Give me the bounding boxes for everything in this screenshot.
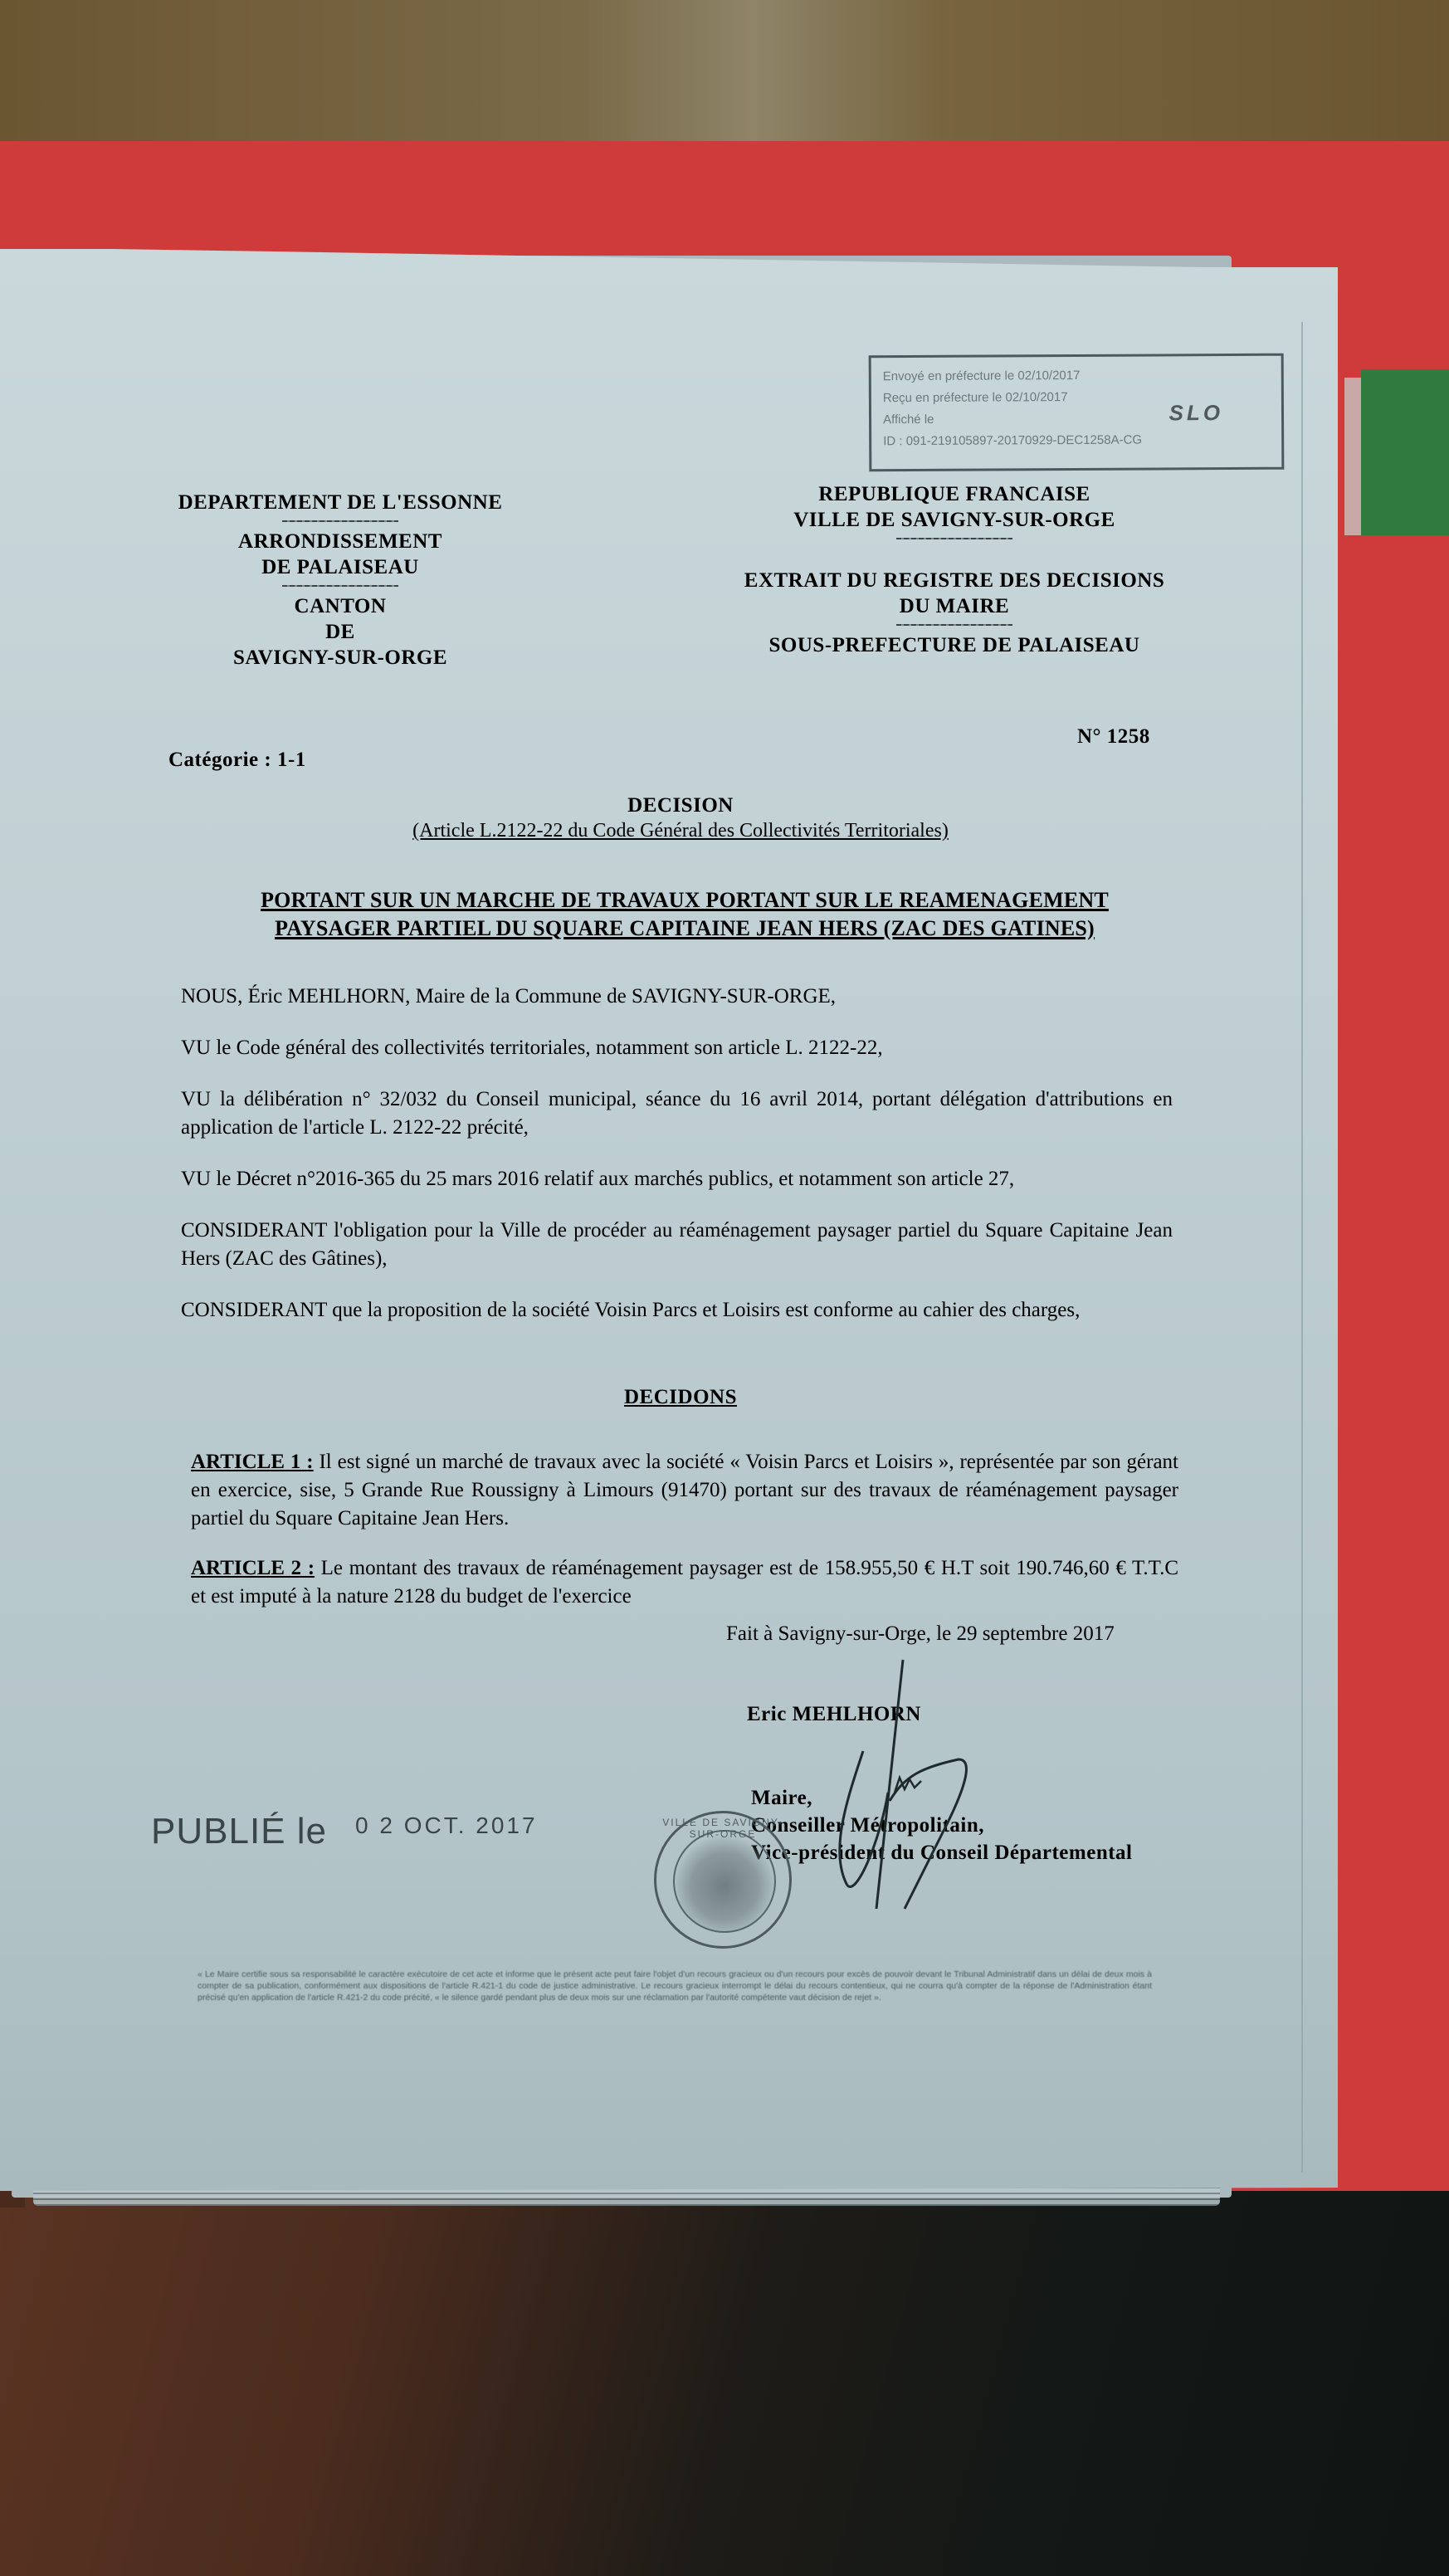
background-green-tab [1361,369,1449,535]
articles: ARTICLE 1 : Il est signé un marché de tr… [191,1448,1178,1611]
register-line2: DU MAIRE [697,593,1212,619]
legal-footnote: « Le Maire certifie sous sa responsabili… [198,1969,1152,2003]
preamble-vu-deliberation: VU la délibération n° 32/032 du Conseil … [181,1086,1173,1142]
publication-stamp: PUBLIÉ le 0 2 OCT. 2017 [151,1811,538,1852]
decision-subject: PORTANT SUR UN MARCHE DE TRAVAUX PORTANT… [187,886,1183,943]
department-name: DEPARTEMENT DE L'ESSONNE [124,490,556,515]
preamble-vu-cgct: VU le Code général des collectivités ter… [181,1034,1173,1062]
sub-prefecture-label: SOUS-PREFECTURE DE PALAISEAU [697,632,1212,658]
canton-line3: SAVIGNY-SUR-ORGE [124,645,556,671]
preamble-vu-decret: VU le Décret n°2016-365 du 25 mars 2016 … [181,1165,1173,1193]
arrondissement-line1: ARRONDISSEMENT [124,529,556,554]
page-edge-line [1301,322,1303,2173]
stamp-slo-mark: SLO [1168,402,1223,423]
article-1-label: ARTICLE 1 : [191,1451,314,1473]
prefecture-transmission-stamp: Envoyé en préfecture le 02/10/2017 Reçu … [869,354,1285,472]
divider [282,585,398,587]
subject-line1: PORTANT SUR UN MARCHE DE TRAVAUX PORTANT… [187,886,1183,915]
stamp-sent-line: Envoyé en préfecture le 02/10/2017 [883,364,1281,388]
stamp-id-line: ID : 091-219105897-20170929-DEC1258A-CG [883,429,1281,453]
article-2: ARTICLE 2 : Le montant des travaux de ré… [191,1554,1178,1611]
legal-basis: (Article L.2122-22 du Code Général des C… [183,818,1178,843]
divider [896,624,1012,626]
article-2-label: ARTICLE 2 : [191,1557,315,1579]
category-label: Catégorie : 1-1 [168,747,306,773]
preamble-considerant-proposition: CONSIDERANT que la proposition de la soc… [181,1296,1173,1325]
preamble-nous: NOUS, Éric MEHLHORN, Maire de la Commune… [181,983,1173,1011]
canton-line1: CANTON [124,593,556,619]
arrondissement-line2: DE PALAISEAU [124,554,556,580]
article-1-text: Il est signé un marché de travaux avec l… [191,1451,1178,1529]
preamble: NOUS, Éric MEHLHORN, Maire de la Commune… [181,983,1173,1348]
canton-line2: DE [124,619,556,645]
decision-number: N° 1258 [1077,724,1150,749]
background-desk-shadow [0,2191,1449,2576]
city-seal: VILLE DE SAVIGNY-SUR-ORGE [654,1811,792,1949]
preamble-considerant-obligation: CONSIDERANT l'obligation pour la Ville d… [181,1217,1173,1273]
seal-emblem-icon [673,1830,776,1933]
decision-heading: DECISION (Article L.2122-22 du Code Géné… [183,793,1178,843]
city-label: VILLE DE SAVIGNY-SUR-ORGE [697,507,1212,533]
handwritten-signature-icon [797,1635,996,1934]
divider [896,538,1012,539]
decision-title: DECISION [183,793,1178,818]
republic-label: REPUBLIQUE FRANCAISE [697,481,1212,507]
article-2-text: Le montant des travaux de réaménagement … [191,1557,1178,1608]
header-left: DEPARTEMENT DE L'ESSONNE ARRONDISSEMENT … [124,490,556,671]
header-right: REPUBLIQUE FRANCAISE VILLE DE SAVIGNY-SU… [697,481,1212,658]
seal-ring-text: VILLE DE SAVIGNY-SUR-ORGE [656,1817,789,1840]
publication-date: 0 2 OCT. 2017 [355,1812,538,1838]
publication-label: PUBLIÉ le [151,1811,327,1851]
subject-line2: PAYSAGER PARTIEL DU SQUARE CAPITAINE JEA… [187,915,1183,943]
decidons-heading: DECIDONS [183,1384,1178,1410]
article-1: ARTICLE 1 : Il est signé un marché de tr… [191,1448,1178,1533]
divider [282,520,398,522]
register-line1: EXTRAIT DU REGISTRE DES DECISIONS [697,568,1212,593]
